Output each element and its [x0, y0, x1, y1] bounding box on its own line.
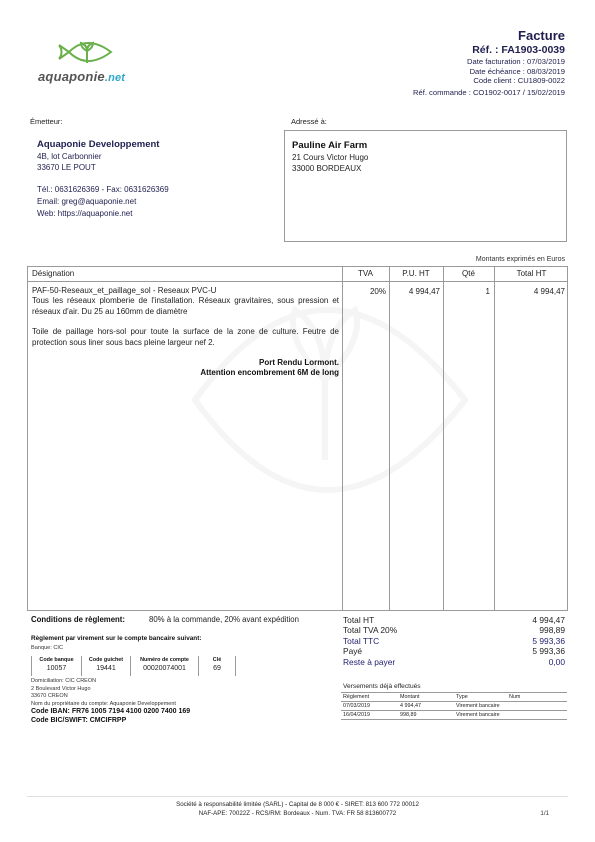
- page-number: 1/1: [540, 810, 549, 817]
- invoice-ref: Réf. : FA1903-0039: [413, 43, 565, 57]
- total-value: 5 993,36: [532, 636, 565, 646]
- conditions-label: Conditions de règlement:: [31, 615, 125, 624]
- versements-table: Règlement Montant Type Num 07/03/2019 4 …: [341, 692, 567, 720]
- line-tva: 20%: [342, 287, 386, 296]
- bank-col-value: 00020074001: [133, 664, 196, 674]
- total-label: Reste à payer: [343, 657, 395, 667]
- date-facturation: Date facturation : 07/03/2019: [413, 57, 565, 67]
- versement-row: 16/04/2019 998,89 Virement bancaire: [341, 711, 567, 720]
- iban: Code IBAN: FR76 1005 7194 4100 0200 7400…: [31, 708, 190, 717]
- line-note1: Port Rendu Lormont.: [32, 358, 339, 368]
- virement-label: Règlement par virement sur le compte ban…: [31, 635, 201, 642]
- invoice-lines-table: Désignation TVA P.U. HT Qté Total HT PAF…: [27, 266, 568, 611]
- total-value: 998,89: [539, 625, 565, 635]
- column-divider: [494, 267, 495, 610]
- total-value: 4 994,47: [532, 615, 565, 625]
- versements-header: Type: [456, 693, 509, 701]
- total-row: Total TVA 20%998,89: [343, 625, 565, 635]
- domiciliation-block: Domiciliation: CIC CREON 2 Boulevard Vic…: [31, 678, 176, 708]
- bank-col-cle: Clé 69: [198, 656, 236, 676]
- currency-note: Montants exprimés en Euros: [476, 256, 565, 263]
- company-logo: aquaponie.net: [38, 36, 138, 88]
- emetteur-phone: Tél.: 0631626369 - Fax: 0631626369: [37, 185, 169, 195]
- conditions-value: 80% à la commande, 20% avant expédition: [149, 615, 299, 624]
- footer-legal-line1: Société à responsabilité limitée (SARL) …: [0, 800, 595, 809]
- total-label: Payé: [343, 646, 362, 656]
- header-pu-ht: P.U. HT: [389, 269, 443, 278]
- versements-header: Montant: [400, 693, 456, 701]
- emetteur-label: Émetteur:: [30, 117, 63, 126]
- emetteur-block: Aquaponie Developpement 4B, lot Carbonni…: [30, 131, 275, 231]
- bank-col-header: Clé: [201, 656, 233, 664]
- destinataire-address1: 21 Cours Victor Hugo: [292, 153, 368, 163]
- destinataire-address2: 33000 BORDEAUX: [292, 164, 361, 174]
- logo-wordmark: aquaponie.net: [38, 69, 125, 84]
- versements-title: Versements déjà effectués: [343, 683, 421, 690]
- fish-sprout-logo-icon: [57, 36, 113, 68]
- versements-header-row: Règlement Montant Type Num: [341, 692, 567, 702]
- invoice-header: Facture Réf. : FA1903-0039 Date facturat…: [413, 28, 565, 97]
- header-tva: TVA: [342, 269, 389, 278]
- bank-col-header: Numéro de compte: [133, 656, 196, 664]
- bank-col-value: 19441: [84, 664, 128, 674]
- line-title: PAF-50-Reseaux_et_paillage_sol - Reseaux…: [32, 286, 339, 296]
- versement-date: 16/04/2019: [341, 711, 400, 719]
- total-row: Total TTC5 993,36: [343, 636, 565, 646]
- total-row: Reste à payer0,00: [343, 657, 565, 667]
- domiciliation: Domiciliation: CIC CREON: [31, 678, 176, 686]
- bank-col-header: Code guichet: [84, 656, 128, 664]
- bank-col-value: 69: [201, 664, 233, 674]
- bic-swift: Code BIC/SWIFT: CMCIFRPP: [31, 717, 190, 726]
- emetteur-name: Aquaponie Developpement: [37, 139, 159, 150]
- versements-header: Règlement: [341, 693, 400, 701]
- line-qte: 1: [443, 287, 490, 296]
- table-row: PAF-50-Reseaux_et_paillage_sol - Reseaux…: [32, 286, 339, 379]
- logo-tld: .net: [105, 72, 125, 84]
- bank-col-value: 10057: [34, 664, 79, 674]
- column-divider: [389, 267, 390, 610]
- logo-brand: aquaponie: [38, 69, 105, 84]
- line-total-ht: 4 994,47: [494, 287, 565, 296]
- bank-col-numero-compte: Numéro de compte 00020074001: [130, 656, 198, 676]
- column-divider: [342, 267, 343, 610]
- date-echeance: Date échéance : 08/03/2019: [413, 67, 565, 77]
- domiciliation-address1: 2 Boulevard Victor Hugo: [31, 686, 176, 694]
- total-label: Total TVA 20%: [343, 625, 397, 635]
- total-value: 5 993,36: [532, 646, 565, 656]
- account-owner: Nom du propriétaire du compte: Aquaponie…: [31, 701, 176, 709]
- total-value: 0,00: [549, 657, 565, 667]
- destinataire-block: Pauline Air Farm 21 Cours Victor Hugo 33…: [284, 130, 567, 242]
- ref-commande: Réf. commande : CO1902-0017 / 15/02/2019: [413, 88, 565, 98]
- emetteur-address1: 4B, lot Carbonnier: [37, 152, 101, 162]
- domiciliation-address2: 33670 CREON: [31, 693, 176, 701]
- versements-header: Num: [509, 693, 567, 701]
- versement-row: 07/03/2019 4 994,47 Virement bancaire: [341, 702, 567, 711]
- emetteur-web[interactable]: Web: https://aquaponie.net: [37, 209, 132, 219]
- header-designation: Désignation: [32, 269, 74, 278]
- line-desc2: Toile de paillage hors-sol pour toute la…: [32, 327, 339, 348]
- total-label: Total HT: [343, 615, 374, 625]
- header-total-ht: Total HT: [494, 269, 569, 278]
- versement-type: Virement bancaire: [456, 711, 567, 719]
- line-pu-ht: 4 994,47: [389, 287, 440, 296]
- column-divider: [443, 267, 444, 610]
- line-desc1: Tous les réseaux plomberie de l'installa…: [32, 296, 339, 317]
- emetteur-address2: 33670 LE POUT: [37, 163, 96, 173]
- total-label: Total TTC: [343, 636, 379, 646]
- bank-col-header: Code banque: [34, 656, 79, 664]
- invoice-title: Facture: [413, 28, 565, 43]
- versement-montant: 998,89: [400, 711, 456, 719]
- bank-details-table: Code banque 10057 Code guichet 19441 Num…: [31, 656, 236, 676]
- versement-date: 07/03/2019: [341, 702, 400, 710]
- line-note2: Attention encombrement 6M de long: [32, 368, 339, 378]
- total-row: Payé5 993,36: [343, 646, 565, 656]
- iban-block: Code IBAN: FR76 1005 7194 4100 0200 7400…: [31, 708, 190, 725]
- versement-type: Virement bancaire: [456, 702, 567, 710]
- footer: Société à responsabilité limitée (SARL) …: [0, 800, 595, 818]
- bank-col-code-guichet: Code guichet 19441: [81, 656, 130, 676]
- destinataire-label: Adressé à:: [291, 117, 327, 126]
- code-client: Code client : CU1809-0022: [413, 76, 565, 86]
- totals-block: Total HT4 994,47 Total TVA 20%998,89 Tot…: [343, 615, 565, 667]
- header-qte: Qté: [443, 269, 494, 278]
- bank-col-code-banque: Code banque 10057: [31, 656, 81, 676]
- footer-legal-line2: NAF-APE: 70022Z - RCS/RM: Bordeaux - Num…: [0, 809, 595, 818]
- versement-montant: 4 994,47: [400, 702, 456, 710]
- banque-name: Banque: CIC: [31, 645, 63, 651]
- footer-divider: [27, 796, 568, 797]
- destinataire-name: Pauline Air Farm: [292, 140, 367, 151]
- total-row: Total HT4 994,47: [343, 615, 565, 625]
- emetteur-email[interactable]: Email: greg@aquaponie.net: [37, 197, 136, 207]
